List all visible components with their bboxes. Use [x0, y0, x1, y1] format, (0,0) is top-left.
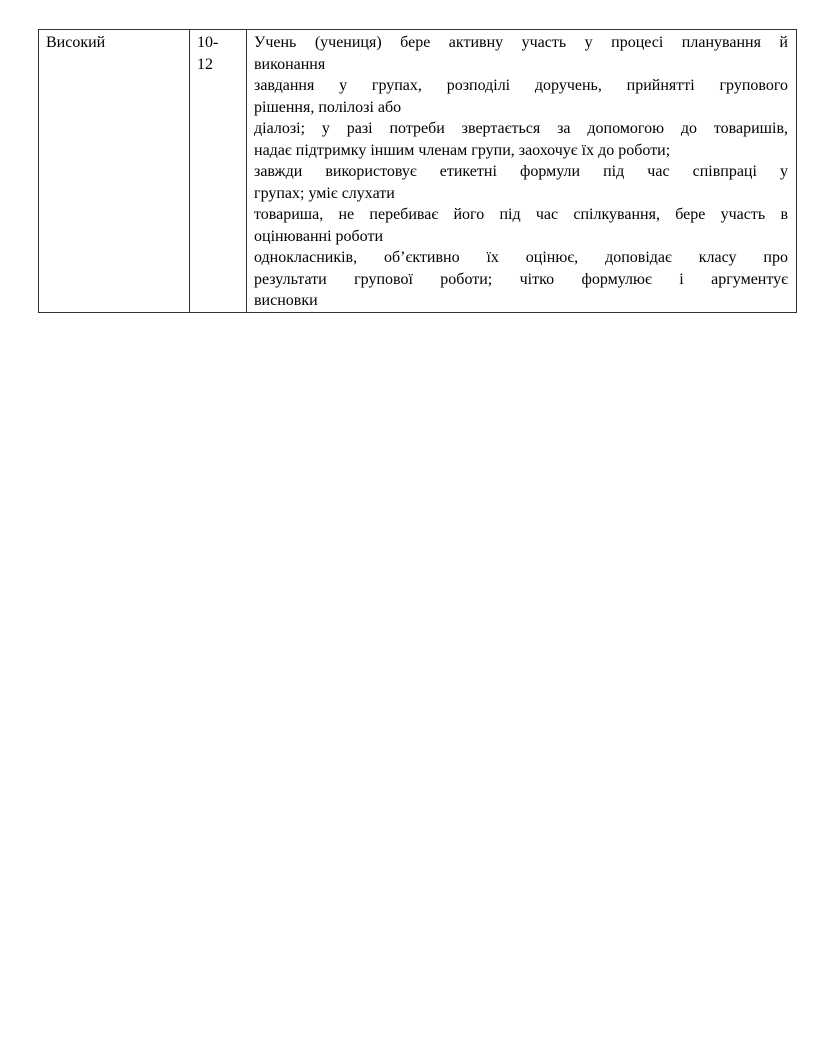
- points-line: 12: [197, 54, 238, 76]
- points-cell: 10- 12: [190, 30, 247, 313]
- assessment-criteria-table: Високий 10- 12 Учень (учениця) бере акти…: [38, 29, 797, 313]
- description-line: висновки: [254, 290, 788, 312]
- description-line: результати групової роботи; чітко формул…: [254, 269, 788, 291]
- description-line: Учень (учениця) бере активну участь у пр…: [254, 32, 788, 54]
- table-row: Високий 10- 12 Учень (учениця) бере акти…: [39, 30, 797, 313]
- description-line: однокласників, об’єктивно їх оцінює, доп…: [254, 247, 788, 269]
- document-page: Високий 10- 12 Учень (учениця) бере акти…: [0, 0, 816, 1056]
- points-line: 10-: [197, 32, 238, 54]
- level-cell: Високий: [39, 30, 190, 313]
- description-line: групах; уміє слухати: [254, 183, 788, 205]
- level-label: Високий: [46, 34, 105, 51]
- description-cell: Учень (учениця) бере активну участь у пр…: [247, 30, 797, 313]
- description-line: виконання: [254, 54, 788, 76]
- description-line: завжди використовує етикетні формули під…: [254, 161, 788, 183]
- description-line: завдання у групах, розподілі доручень, п…: [254, 75, 788, 97]
- description-line: надає підтримку іншим членам групи, заох…: [254, 140, 788, 162]
- description-line: діалозі; у разі потреби звертається за д…: [254, 118, 788, 140]
- description-line: оцінюванні роботи: [254, 226, 788, 248]
- description-line: рішення, полілозі або: [254, 97, 788, 119]
- description-line: товариша, не перебиває його під час спіл…: [254, 204, 788, 226]
